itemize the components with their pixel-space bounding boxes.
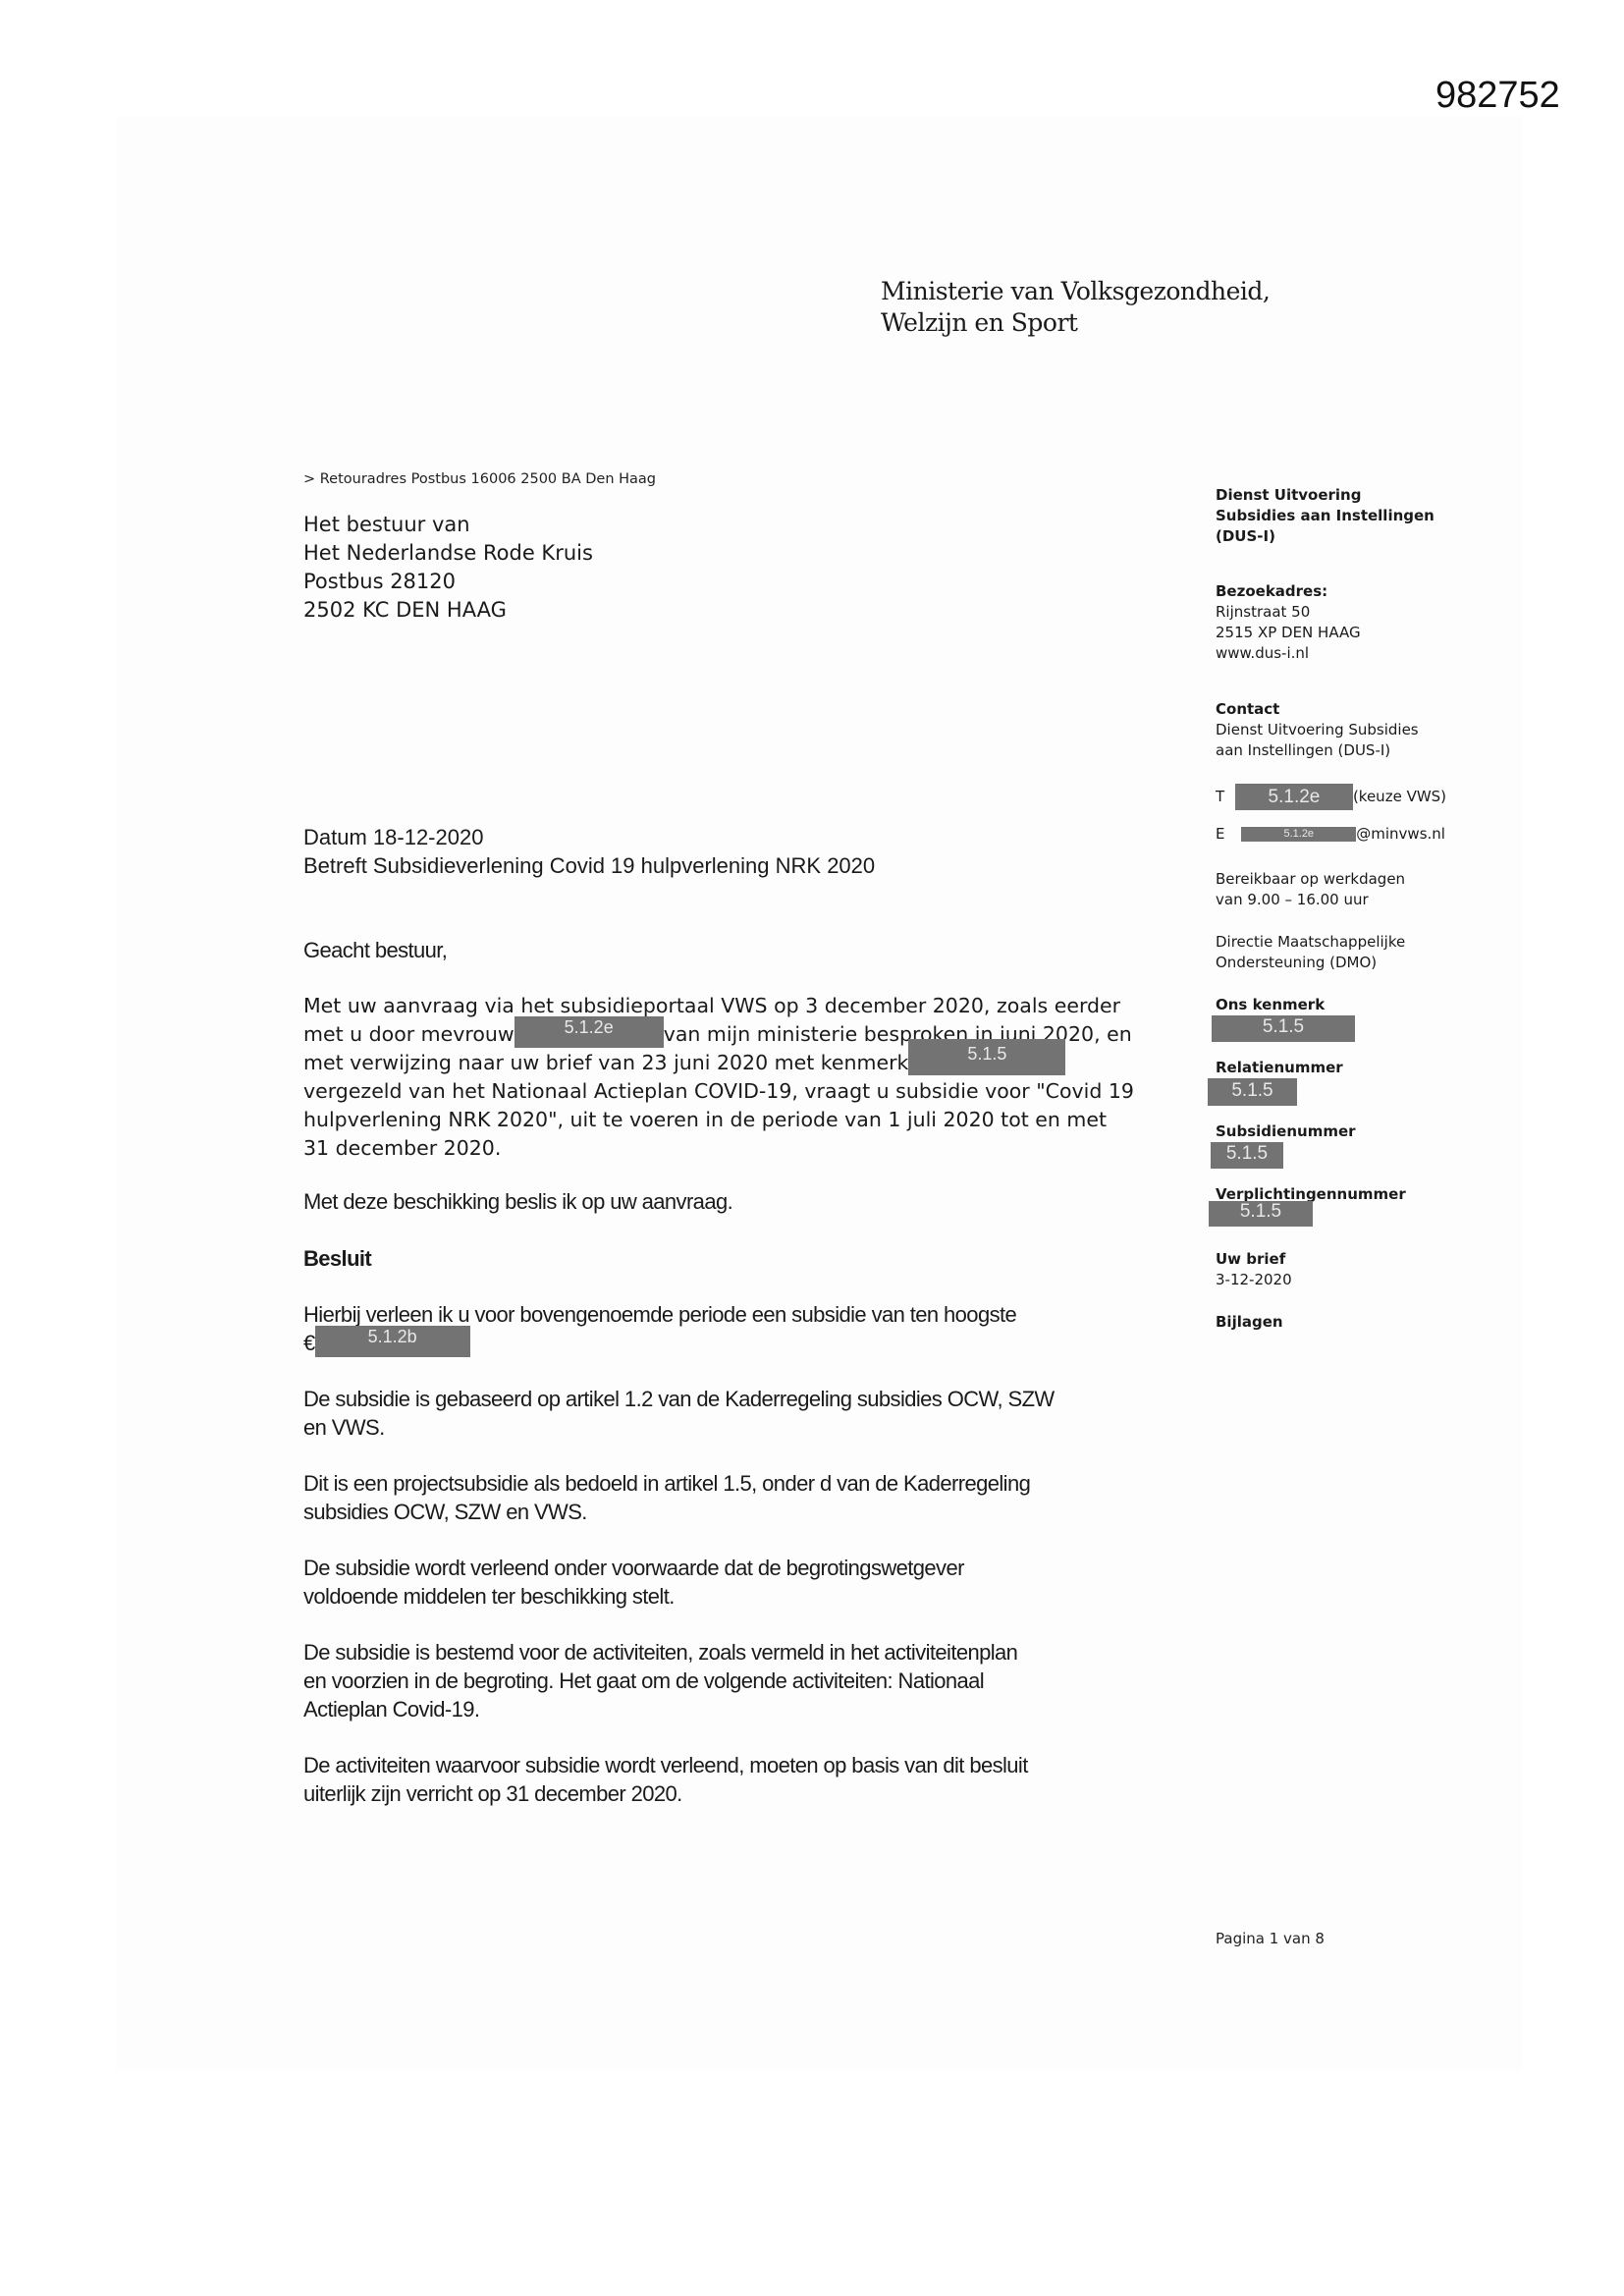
paragraph-line: uiterlijk zijn verricht op 31 december 2…	[303, 1779, 1207, 1808]
org-line: Subsidies aan Instellingen	[1216, 506, 1435, 526]
email-prefix: E	[1216, 825, 1224, 843]
paragraph-line: hulpverlening NRK 2020", uit te voeren i…	[303, 1106, 1187, 1134]
name-redaction: 5.1.2e	[514, 1016, 664, 1048]
ministry-line-2: Welzijn en Sport	[881, 307, 1270, 339]
website-link[interactable]: www.dus-i.nl	[1216, 643, 1361, 664]
dept-line: Ondersteuning (DMO)	[1216, 953, 1405, 973]
paragraph-line: Dit is een projectsubsidie als bedoeld i…	[303, 1469, 1207, 1498]
relatienummer-redaction: 5.1.5	[1208, 1078, 1297, 1106]
ministry-line-1: Ministerie van Volksgezondheid,	[881, 276, 1270, 307]
paragraph-line: Met uw aanvraag via het subsidieportaal …	[303, 992, 1187, 1020]
phone-line: T 5.1.2e(keuze VWS)	[1216, 784, 1446, 810]
paragraph-request: Met uw aanvraag via het subsidieportaal …	[303, 992, 1187, 1163]
salutation: Geacht bestuur,	[303, 936, 1207, 964]
amount-redaction: 5.1.2b	[315, 1326, 470, 1357]
ons-kenmerk-redaction: 5.1.5	[1212, 1015, 1355, 1042]
return-address: > Retouradres Postbus 16006 2500 BA Den …	[303, 471, 656, 487]
kenmerk-redaction: 5.1.5	[908, 1039, 1065, 1075]
office-hours: Bereikbaar op werkdagen van 9.00 – 16.00…	[1216, 869, 1405, 910]
paragraph-line: en VWS.	[303, 1413, 1207, 1442]
recipient-line: Postbus 28120	[303, 568, 593, 596]
hours-line: Bereikbaar op werkdagen	[1216, 869, 1405, 890]
relatienummer-label: Relatienummer	[1216, 1058, 1343, 1078]
text-fragment: met u door mevrouw	[303, 1022, 514, 1046]
paragraph-line: €5.1.2b	[303, 1329, 1207, 1357]
relatienummer: Relatienummer 5.1.5	[1216, 1058, 1343, 1106]
org-name: Dienst Uitvoering Subsidies aan Instelli…	[1216, 485, 1435, 547]
verplichtingennummer-redaction: 5.1.5	[1209, 1201, 1313, 1227]
email-line: E 5.1.2e@minvws.nl	[1216, 824, 1445, 844]
contact-block: Contact Dienst Uitvoering Subsidies aan …	[1216, 699, 1419, 761]
currency-symbol: €	[303, 1331, 315, 1355]
paragraph-activities: De subsidie is bestemd voor de activitei…	[303, 1638, 1207, 1723]
document-number: 982752	[1435, 75, 1560, 117]
paragraph-line: De subsidie is gebaseerd op artikel 1.2 …	[303, 1385, 1207, 1413]
uw-brief: Uw brief 3-12-2020	[1216, 1249, 1292, 1290]
contact-line: Dienst Uitvoering Subsidies	[1216, 720, 1419, 740]
paragraph-legal-basis: De subsidie is gebaseerd op artikel 1.2 …	[303, 1385, 1207, 1442]
date-line: Datum 18-12-2020	[303, 823, 875, 851]
paragraph-budget-condition: De subsidie wordt verleend onder voorwaa…	[303, 1554, 1207, 1611]
org-line: Dienst Uitvoering	[1216, 485, 1435, 506]
ons-kenmerk-label: Ons kenmerk	[1216, 995, 1355, 1015]
contact-line: aan Instellingen (DUS-I)	[1216, 740, 1419, 761]
ons-kenmerk: Ons kenmerk 5.1.5	[1216, 995, 1355, 1042]
recipient-address: Het bestuur van Het Nederlandse Rode Kru…	[303, 511, 593, 625]
visit-label: Bezoekadres:	[1216, 581, 1361, 602]
verplichtingennummer: Verplichtingennummer 5.1.5	[1216, 1184, 1406, 1227]
bijlagen-label: Bijlagen	[1216, 1312, 1283, 1333]
email-suffix: @minvws.nl	[1356, 825, 1445, 843]
paragraph-grant: Hierbij verleen ik u voor bovengenoemde …	[303, 1300, 1207, 1357]
paragraph-line: De activiteiten waarvoor subsidie wordt …	[303, 1751, 1207, 1779]
page-number: Pagina 1 van 8	[1216, 1930, 1325, 1947]
subsidienummer-label: Subsidienummer	[1216, 1121, 1356, 1142]
email-redaction: 5.1.2e	[1241, 827, 1356, 842]
paragraph-line: De subsidie is bestemd voor de activitei…	[303, 1638, 1207, 1667]
phone-prefix: T	[1216, 788, 1224, 805]
recipient-line: 2502 KC DEN HAAG	[303, 596, 593, 625]
org-line: (DUS-I)	[1216, 526, 1435, 547]
ministry-logo-text: Ministerie van Volksgezondheid, Welzijn …	[881, 276, 1270, 339]
uw-brief-value: 3-12-2020	[1216, 1270, 1292, 1290]
recipient-line: Het Nederlandse Rode Kruis	[303, 539, 593, 568]
department: Directie Maatschappelijke Ondersteuning …	[1216, 932, 1405, 973]
recipient-line: Het bestuur van	[303, 511, 593, 539]
heading-besluit: Besluit	[303, 1244, 1207, 1273]
subsidienummer-redaction: 5.1.5	[1211, 1142, 1283, 1169]
paragraph-line: 31 december 2020.	[303, 1134, 1187, 1163]
paragraph-line: vergezeld van het Nationaal Actieplan CO…	[303, 1077, 1187, 1106]
paragraph-line: Actieplan Covid-19.	[303, 1695, 1207, 1723]
text-fragment: met verwijzing naar uw brief van 23 juni…	[303, 1051, 908, 1074]
visit-address: Bezoekadres: Rijnstraat 50 2515 XP DEN H…	[1216, 581, 1361, 664]
paragraph-line: subsidies OCW, SZW en VWS.	[303, 1498, 1207, 1526]
phone-suffix: (keuze VWS)	[1353, 788, 1446, 805]
hours-line: van 9.00 – 16.00 uur	[1216, 890, 1405, 910]
subject-line: Betreft Subsidieverlening Covid 19 hulpv…	[303, 851, 875, 880]
subsidienummer: Subsidienummer 5.1.5	[1216, 1121, 1356, 1169]
contact-label: Contact	[1216, 699, 1419, 720]
paragraph-line: met verwijzing naar uw brief van 23 juni…	[303, 1049, 1187, 1077]
paragraph-line: en voorzien in de begroting. Het gaat om…	[303, 1667, 1207, 1695]
phone-redaction: 5.1.2e	[1235, 784, 1353, 810]
paragraph-deadline: De activiteiten waarvoor subsidie wordt …	[303, 1751, 1207, 1808]
visit-line: Rijnstraat 50	[1216, 602, 1361, 623]
paragraph-line: voldoende middelen ter beschikking stelt…	[303, 1582, 1207, 1611]
uw-brief-label: Uw brief	[1216, 1249, 1292, 1270]
paragraph-line: Hierbij verleen ik u voor bovengenoemde …	[303, 1300, 1207, 1329]
paragraph-decision-intro: Met deze beschikking beslis ik op uw aan…	[303, 1187, 1207, 1216]
paragraph-line: De subsidie wordt verleend onder voorwaa…	[303, 1554, 1207, 1582]
visit-line: 2515 XP DEN HAAG	[1216, 623, 1361, 643]
dept-line: Directie Maatschappelijke	[1216, 932, 1405, 953]
letter-meta: Datum 18-12-2020 Betreft Subsidieverleni…	[303, 823, 875, 880]
paragraph-project-subsidy: Dit is een projectsubsidie als bedoeld i…	[303, 1469, 1207, 1526]
